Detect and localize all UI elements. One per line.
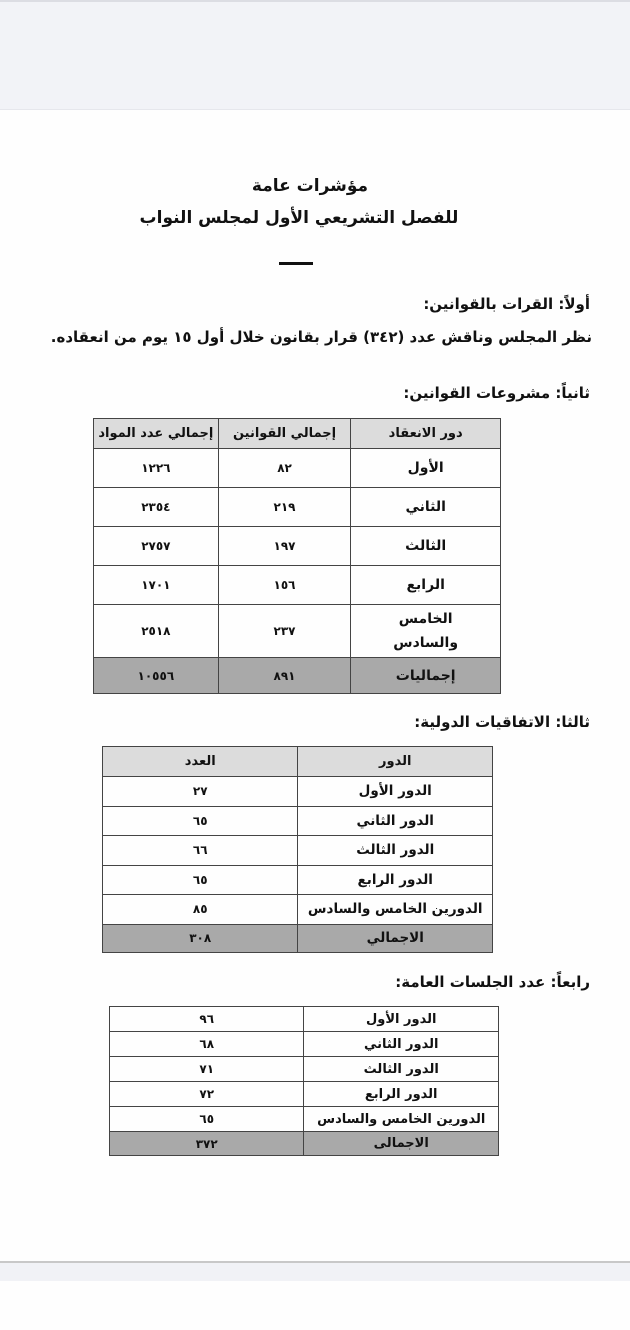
viewer-bottom-bar	[0, 1261, 630, 1281]
count-cell: ٦٨	[110, 1032, 304, 1057]
articles-cell: ١٧٠١	[94, 566, 219, 605]
laws-cell: ١٥٦	[218, 566, 351, 605]
section-1-paragraph: نظر المجلس وناقش عدد (٣٤٢) قرار بقانون خ…	[51, 328, 592, 346]
session-line-2: والسادس	[351, 631, 500, 655]
total-laws-cell: ٨٩١	[218, 658, 351, 694]
laws-cell: ٢١٩	[218, 488, 351, 527]
total-articles-cell: ١٠٥٥٦	[94, 658, 219, 694]
title-divider	[279, 262, 313, 265]
session-cell: الدورين الخامس والسادس	[304, 1107, 499, 1132]
count-cell: ٨٥	[103, 895, 298, 925]
table-total-row: إجماليات ٨٩١ ١٠٥٥٦	[94, 658, 501, 694]
count-cell: ٦٥	[110, 1107, 304, 1132]
count-cell: ٦٥	[103, 806, 298, 836]
table-row: الخامس والسادس ٢٣٧ ٢٥١٨	[94, 605, 501, 658]
session-cell: الدور الثاني	[304, 1032, 499, 1057]
international-agreements-table: الدور العدد الدور الأول ٢٧ الدور الثاني …	[102, 746, 493, 953]
count-cell: ٧١	[110, 1057, 304, 1082]
general-sessions-table: الدور الأول ٩٦ الدور الثاني ٦٨ الدور الث…	[109, 1006, 499, 1156]
table-row: الدور الثاني ٦٥	[103, 806, 493, 836]
session-cell: الرابع	[351, 566, 501, 605]
laws-cell: ٢٣٧	[218, 605, 351, 658]
session-cell: الدور الأول	[298, 777, 493, 807]
viewer-top-bar	[0, 0, 630, 110]
table-row: الدور الرابع ٧٢	[110, 1082, 499, 1107]
table-total-row: الاجمالى ٣٧٢	[110, 1132, 499, 1156]
section-4-heading: رابعاً: عدد الجلسات العامة:	[395, 973, 590, 991]
laws-cell: ١٩٧	[218, 527, 351, 566]
laws-cell: ٨٢	[218, 449, 351, 488]
session-cell: الخامس والسادس	[351, 605, 501, 658]
table-row: الدور الثالث ٦٦	[103, 836, 493, 866]
column-header-count: العدد	[103, 747, 298, 777]
count-cell: ٧٢	[110, 1082, 304, 1107]
document-title: مؤشرات عامة	[0, 176, 625, 196]
table-total-row: الاجمالي ٣٠٨	[103, 924, 493, 952]
table-row: الدور الأول ٢٧	[103, 777, 493, 807]
count-cell: ٩٦	[110, 1007, 304, 1032]
table-row: الدور الأول ٩٦	[110, 1007, 499, 1032]
table-row: الرابع ١٥٦ ١٧٠١	[94, 566, 501, 605]
table-row: الدورين الخامس والسادس ٦٥	[110, 1107, 499, 1132]
total-count-cell: ٣٠٨	[103, 924, 298, 952]
table-header-row: الدور العدد	[103, 747, 493, 777]
session-cell: الثاني	[351, 488, 501, 527]
total-label-cell: إجماليات	[351, 658, 501, 694]
session-cell: الدور الثاني	[298, 806, 493, 836]
table-row: الدورين الخامس والسادس ٨٥	[103, 895, 493, 925]
session-cell: الدور الثالث	[304, 1057, 499, 1082]
session-line-1: الخامس	[351, 607, 500, 631]
session-cell: الدور الثالث	[298, 836, 493, 866]
session-cell: الدور الرابع	[298, 865, 493, 895]
section-3-heading: ثالثا: الاتفاقيات الدولية:	[414, 713, 590, 731]
articles-cell: ١٢٢٦	[94, 449, 219, 488]
table-row: الثاني ٢١٩ ٢٣٥٤	[94, 488, 501, 527]
session-cell: الأول	[351, 449, 501, 488]
table-row: الثالث ١٩٧ ٢٧٥٧	[94, 527, 501, 566]
column-header-total-articles: إجمالي عدد المواد	[94, 419, 219, 449]
count-cell: ٦٥	[103, 865, 298, 895]
column-header-session: دور الانعقاد	[351, 419, 501, 449]
draft-laws-table: دور الانعقاد إجمالي القوانين إجمالي عدد …	[93, 418, 501, 694]
articles-cell: ٢٥١٨	[94, 605, 219, 658]
session-cell: الدور الأول	[304, 1007, 499, 1032]
document-page: مؤشرات عامة للفصل التشريعي الأول لمجلس ا…	[0, 110, 630, 1260]
session-cell: الدورين الخامس والسادس	[298, 895, 493, 925]
table-row: الدور الثاني ٦٨	[110, 1032, 499, 1057]
session-cell: الثالث	[351, 527, 501, 566]
count-cell: ٦٦	[103, 836, 298, 866]
viewer-bottom-space	[0, 1281, 630, 1330]
section-2-heading: ثانياً: مشروعات القوانين:	[403, 384, 590, 402]
total-label-cell: الاجمالي	[298, 924, 493, 952]
document-subtitle: للفصل التشريعي الأول لمجلس النواب	[0, 208, 614, 228]
articles-cell: ٢٧٥٧	[94, 527, 219, 566]
column-header-session: الدور	[298, 747, 493, 777]
table-row: الدور الرابع ٦٥	[103, 865, 493, 895]
table-header-row: دور الانعقاد إجمالي القوانين إجمالي عدد …	[94, 419, 501, 449]
session-cell: الدور الرابع	[304, 1082, 499, 1107]
table-row: الدور الثالث ٧١	[110, 1057, 499, 1082]
total-label-cell: الاجمالى	[304, 1132, 499, 1156]
section-1-heading: أولاً: القرات بالقوانين:	[423, 295, 590, 313]
table-row: الأول ٨٢ ١٢٢٦	[94, 449, 501, 488]
column-header-total-laws: إجمالي القوانين	[218, 419, 351, 449]
count-cell: ٢٧	[103, 777, 298, 807]
total-count-cell: ٣٧٢	[110, 1132, 304, 1156]
articles-cell: ٢٣٥٤	[94, 488, 219, 527]
